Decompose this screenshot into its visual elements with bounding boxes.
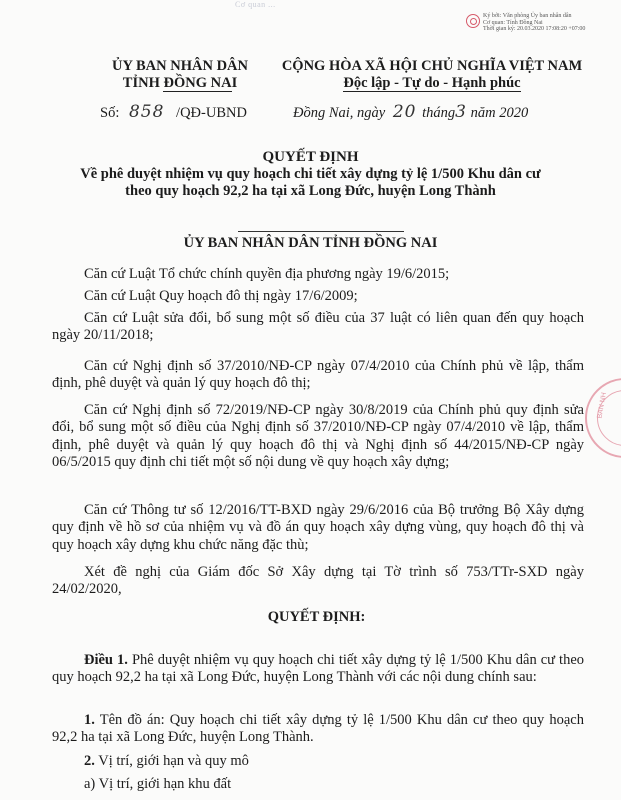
document-number: Số: 858 /QĐ-UBND	[100, 102, 247, 122]
article-1: Điều 1. Phê duyệt nhiệm vụ quy hoạch chi…	[52, 652, 584, 687]
motto-text: Độc lập - Tự do - Hạnh phúc	[343, 75, 520, 92]
digital-signature-info: Ký bởi: Văn phòng Ủy ban nhân dân Cơ qua…	[483, 13, 585, 33]
preamble-item: Căn cứ Nghị định số 37/2010/NĐ-CP ngày 0…	[52, 358, 584, 393]
preamble-text: Căn cứ Thông tư số 12/2016/TT-BXD ngày 2…	[52, 502, 584, 553]
date-month-label: tháng	[422, 105, 455, 121]
subject-line1: Về phê duyệt nhiệm vụ quy hoạch chi tiết…	[0, 166, 621, 183]
seal-icon	[466, 14, 480, 28]
article-1-item-2a: a) Vị trí, giới hạn khu đất	[52, 776, 584, 793]
preamble-item: Xét đề nghị của Giám đốc Sở Xây dựng tại…	[52, 564, 584, 599]
issuer-line1: ỦY BAN NHÂN DÂN	[96, 58, 264, 75]
decision-heading: QUYẾT ĐỊNH:	[6, 609, 621, 626]
preamble-text: Căn cứ Nghị định số 72/2019/NĐ-CP ngày 3…	[52, 402, 584, 470]
official-stamp-icon: BAN NH	[585, 378, 621, 458]
authority-heading: ỦY BAN NHÂN DÂN TỈNH ĐỒNG NAI	[0, 235, 621, 252]
number-value: 858	[129, 102, 164, 122]
signature-signer: Ký bởi: Văn phòng Ủy ban nhân dân	[483, 13, 585, 20]
number-label: Số:	[100, 105, 119, 121]
preamble-text: Căn cứ Nghị định số 37/2010/NĐ-CP ngày 0…	[52, 358, 584, 391]
preamble-text: Xét đề nghị của Giám đốc Sở Xây dựng tại…	[52, 564, 584, 597]
preamble-item: Căn cứ Luật Quy hoạch đô thị ngày 17/6/2…	[52, 288, 584, 305]
item-2a-text: a) Vị trí, giới hạn khu đất	[84, 776, 231, 792]
item-2-label: 2.	[84, 753, 95, 769]
item-2-text: Vị trí, giới hạn và quy mô	[98, 753, 249, 769]
document-title: QUYẾT ĐỊNH	[0, 149, 621, 166]
preamble-text: Căn cứ Luật sửa đổi, bổ sung một số điều…	[52, 310, 584, 343]
issuer-line2-post: I	[232, 75, 238, 91]
motto: Độc lập - Tự do - Hạnh phúc	[262, 75, 602, 92]
subject-line2: theo quy hoạch 92,2 ha tại xã Long Đức, …	[0, 183, 621, 200]
document-date: Đồng Nai, ngày 20 tháng3 năm 2020	[293, 102, 528, 122]
issuer-line2-pre: TỈNH	[123, 75, 164, 91]
article-1-item-2: 2. Vị trí, giới hạn và quy mô	[52, 753, 584, 770]
item-1-text: Tên đồ án: Quy hoạch chi tiết xây dựng t…	[52, 712, 584, 745]
preamble-text: Căn cứ Luật Quy hoạch đô thị ngày 17/6/2…	[84, 288, 358, 304]
document-page: Cơ quan ... Ký bởi: Văn phòng Ủy ban nhâ…	[0, 0, 621, 800]
preamble-item: Căn cứ Nghị định số 72/2019/NĐ-CP ngày 3…	[52, 402, 584, 471]
date-year: năm 2020	[471, 105, 529, 121]
issuer-line2: TỈNH ĐỒNG NAI	[96, 75, 264, 92]
article-1-item-1: 1. Tên đồ án: Quy hoạch chi tiết xây dựn…	[52, 712, 584, 747]
title-divider	[238, 231, 404, 232]
article-1-label: Điều 1.	[84, 652, 128, 668]
date-day: 20	[393, 102, 417, 122]
preamble-item: Căn cứ Luật sửa đổi, bổ sung một số điều…	[52, 310, 584, 345]
preamble-text: Căn cứ Luật Tổ chức chính quyền địa phươ…	[84, 266, 449, 282]
preamble-item: Căn cứ Luật Tổ chức chính quyền địa phươ…	[52, 266, 584, 283]
article-1-text: Phê duyệt nhiệm vụ quy hoạch chi tiết xâ…	[52, 652, 584, 685]
preamble-item: Căn cứ Thông tư số 12/2016/TT-BXD ngày 2…	[52, 502, 584, 554]
issuer-line2-underlined: ĐỒNG NA	[163, 75, 231, 92]
date-month: 3	[455, 102, 467, 122]
date-prefix: Đồng Nai, ngày	[293, 105, 385, 121]
number-suffix: /QĐ-UBND	[176, 105, 247, 121]
signature-time: Thời gian ký: 20.03.2020 17:08:20 +07:00	[483, 26, 585, 33]
faint-bleed-text: Cơ quan ...	[235, 0, 276, 9]
country-name: CỘNG HÒA XÃ HỘI CHỦ NGHĨA VIỆT NAM	[262, 58, 602, 75]
item-1-label: 1.	[84, 712, 95, 728]
